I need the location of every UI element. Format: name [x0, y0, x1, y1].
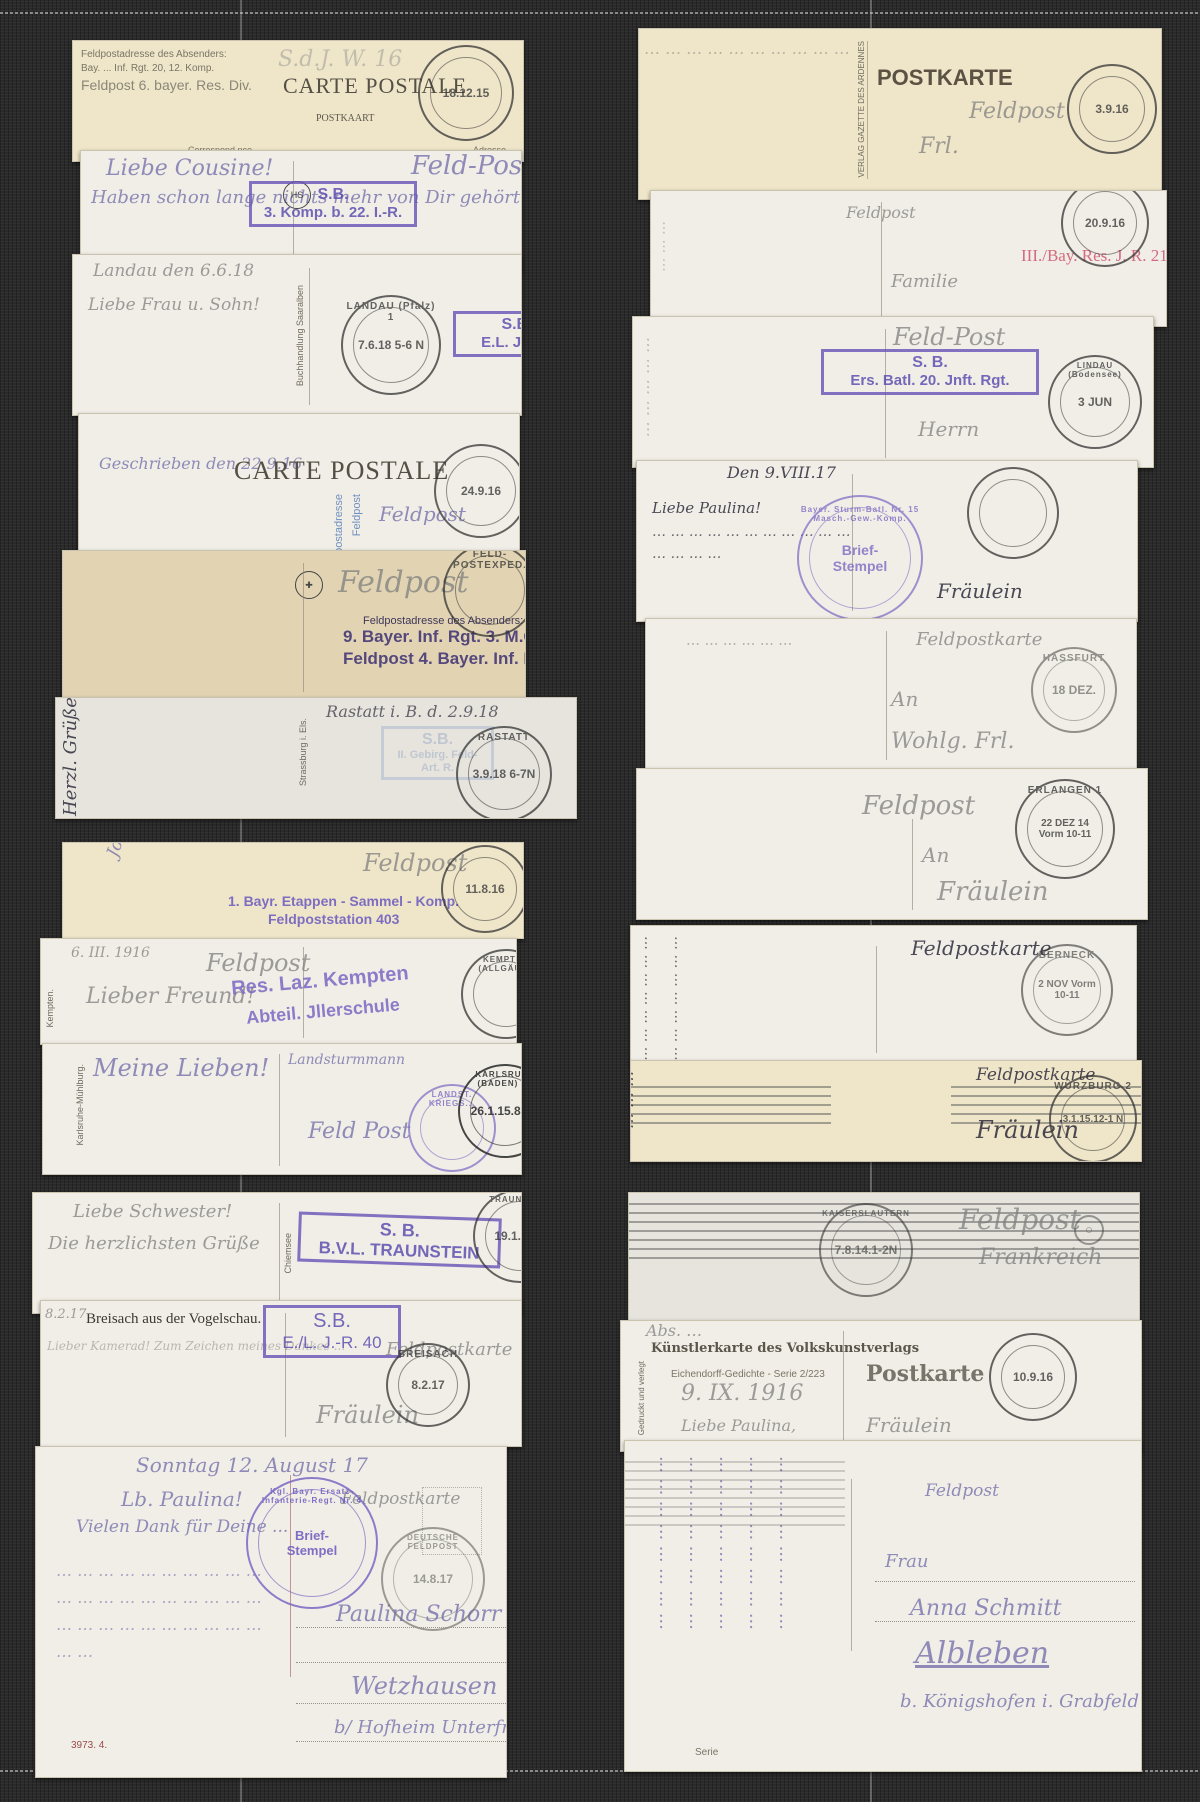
date-line: Den 9.VIII.17: [727, 463, 836, 482]
date-line: 9. IX. 1916: [681, 1381, 803, 1406]
addressee: Fräulein: [937, 877, 1048, 907]
regiment-circle-stamp: Kgl. Bayr. Ersatz-Infanterie-Regt. Nr. 4…: [246, 1477, 378, 1609]
addressee-town: Albleben: [915, 1636, 1049, 1671]
sender-line: Abs. …: [646, 1321, 702, 1340]
postcard-r3: … … … … … Feld-Post S. B. Ers. Batl. 20.…: [632, 316, 1154, 468]
greeting: Lieber Freund!: [86, 984, 255, 1009]
card-title: CARTE POSTALE: [234, 456, 449, 486]
embossed-stamp-icon: [1074, 1215, 1104, 1245]
publisher-imprint: Karlsruhe-Mühlburg.: [75, 1064, 85, 1146]
addressee-title: Frl.: [919, 134, 959, 159]
postmark-traunstein: TRAUNSTEIN19.1.16 V: [473, 1192, 522, 1283]
feldpost-note: Feld Post: [308, 1119, 410, 1144]
album-strip: [0, 12, 1200, 14]
handwriting-body: Die herzlichsten Grüße: [48, 1233, 260, 1254]
card-divider: [886, 631, 887, 760]
battalion-circle-stamp: Bayer. Sturm-Batl. Nr. 15 Masch.-Gew.-Ko…: [797, 495, 923, 621]
sb-stamp: S.B. 3. Komp. b. 22. I.-R.: [249, 181, 417, 227]
card-title: Breisach aus der Vogelschau.: [86, 1311, 261, 1328]
date-line: Landau den 6.6.18: [93, 261, 254, 281]
sender-line: Rastatt i. B. d. 2.9.18: [326, 702, 499, 721]
feldpost-note: Feld-Post: [893, 323, 1005, 351]
card-subtitle: POSTKAART: [316, 113, 374, 124]
handwriting-body-more: … … … … … … … … … … … … … … … … … … … … …: [56, 1557, 276, 1665]
handwriting-inverted: … … … … … …: [686, 639, 792, 655]
unit-stamp-line2: Feldpost 4. Bayer. Inf. Div.: [343, 649, 526, 669]
greeting: Liebe Paulina,: [681, 1416, 796, 1435]
postcard-l10: Liebe Schwester! Die herzlichsten Grüße …: [32, 1192, 522, 1314]
postcard-r7: … … … … … … … … … … … … … … Feldpostkart…: [630, 925, 1137, 1062]
postmark: 3.9.16: [1067, 64, 1157, 154]
sender-line: Landsturmmann: [288, 1052, 405, 1068]
greeting: Liebe Frau u. Sohn!: [88, 295, 260, 315]
publisher-imprint: VERLAG GAZETTE DES ARDENNES: [857, 41, 866, 177]
sb-stamp: S. B. Ers. Batl. 20. Jnft. Rgt.: [821, 349, 1039, 395]
publisher-series: Künstlerkarte des Volkskunstverlags: [651, 1341, 919, 1356]
handwriting-body: … … … … … … … … … …: [644, 39, 850, 58]
card-number: 3973. 4.: [71, 1740, 107, 1751]
machine-cancel-lines: [625, 1461, 845, 1531]
feldpost-division: Feldpost 6. bayer. Res. Div.: [81, 77, 252, 93]
address-line: [296, 1627, 506, 1629]
card-divider: [843, 1331, 844, 1443]
postmark-kempten: KEMPTEN (ALLGÄU) 2: [461, 949, 517, 1039]
publisher-imprint: Strassburg i. Els.: [298, 718, 308, 786]
unit-stamp-line1: 1. Bayr. Etappen - Sammel - Komp.: [228, 893, 459, 910]
postmark: 24.9.16: [434, 444, 520, 538]
card-divider: [876, 946, 877, 1053]
feld-post-note: Feld-Post: [411, 151, 522, 181]
greeting: Lb. Paulina!: [121, 1487, 243, 1511]
printer-imprint: Gedruckt und verlegt: [637, 1361, 646, 1435]
address-line: [875, 1581, 1135, 1583]
postcard-r11: … … … … … … … … … … … … … … … … … … … … …: [624, 1440, 1142, 1772]
address-line: [296, 1662, 506, 1664]
series-label: Eichendorff-Gedichte - Serie 2/223: [671, 1369, 825, 1380]
postcard-l8: Kempten. 6. III. 1916 Feldpost Lieber Fr…: [40, 938, 517, 1045]
postcard-r2: Feldpost … … … III./Bay. Res. J. R. 21 F…: [650, 190, 1167, 327]
greeting: Liebe Paulina!: [652, 499, 761, 517]
greeting: Liebe Cousine!: [106, 156, 273, 181]
feldpost-note: Feldpost: [959, 1203, 1081, 1236]
album-page: Feldpostadresse des Absenders: Bay. ... …: [0, 0, 1200, 1802]
postmark-breisach: BREISACH8.2.17: [386, 1343, 470, 1427]
postcard-l3: Landau den 6.6.18 Liebe Frau u. Sohn! Bu…: [72, 254, 522, 416]
unit-stamp-line2: Feldpoststation 403: [268, 911, 399, 928]
postcard-l9: Karlsruhe-Mühlburg. Meine Lieben! Landst…: [42, 1043, 522, 1175]
addressee-name: Paulina Schorr: [336, 1602, 501, 1627]
address-line: [296, 1741, 506, 1743]
postmark-lindau: LINDAU (Bodensee)3 JUN: [1048, 355, 1142, 449]
machine-cancel-lines: [631, 1086, 831, 1126]
postcard-r1: VERLAG GAZETTE DES ARDENNES POSTKARTE … …: [638, 28, 1162, 200]
feldpost-note: Feldpost: [969, 99, 1065, 124]
publisher-imprint: Chiemsee: [283, 1233, 293, 1274]
postcard-r4: Den 9.VIII.17 Liebe Paulina! … … … … … ……: [636, 460, 1138, 622]
postcard-r9: KAISERSLAUTERN7.8.14.1-2N Feldpost Frank…: [628, 1192, 1140, 1324]
handwriting-vertical: … … …: [659, 221, 675, 272]
handwriting-vertical: … … … … …: [643, 337, 662, 437]
addressee: Fräulein: [937, 579, 1023, 603]
postmark: [967, 467, 1059, 559]
publisher-imprint: Buchhandlung Saaralben: [295, 285, 305, 386]
postmark-rastatt: RASTATT3.9.18 6-7N: [456, 726, 552, 819]
postcard-l1: Feldpostadresse des Absenders: Bay. ... …: [72, 40, 524, 162]
feldpost-note: Feldpostkarte: [916, 629, 1042, 650]
addressee: Wohlg. Frl.: [891, 729, 1014, 754]
handwriting-vertical: … … … … … … …: [671, 936, 687, 1056]
sender-label: Feldpostadresse des Absenders:: [81, 49, 227, 60]
card-divider: [303, 563, 304, 692]
sb-stamp: S.B. E.L. J.R. 4: [453, 311, 522, 357]
postmark-wurzburg: WÜRZBURG 23.1.15.12-1 N: [1049, 1075, 1137, 1162]
addressee: Familie: [891, 271, 958, 292]
postmark-hassfurt: HASSFURT18 DEZ.: [1031, 647, 1117, 733]
handwriting-vertical: … … … … … … …: [641, 936, 657, 1056]
postcard-l4: Geschrieben den 22.9.16 CARTE POSTALE Fe…: [78, 413, 520, 567]
card-divider: [912, 819, 913, 910]
feldpost-label: Feldpost: [351, 494, 363, 536]
address-line: [296, 1703, 506, 1705]
postcard-r5: … … … … … … Feldpostkarte An Wohlg. Frl.…: [645, 618, 1137, 770]
postmark-erlangen: ERLANGEN 122 DEZ 14 Vorm 10-11: [1015, 779, 1115, 879]
card-divider: [309, 268, 310, 406]
sb-stamp: S.B. E./L. J.-R. 40: [263, 1305, 401, 1358]
postmark-berneck: BERNECK2 NOV Vorm 10-11: [1021, 944, 1113, 1036]
addressee-district: b/ Hofheim Unterfranken: [334, 1717, 507, 1738]
card-divider: [279, 1054, 280, 1166]
postmark: 18.12.15: [418, 45, 514, 141]
postmark: 11.8.16: [441, 845, 524, 933]
addressee-title: Frau: [885, 1551, 928, 1572]
sender-unit: Bay. ... Inf. Rgt. 20, 12. Komp.: [81, 63, 214, 74]
postcard-l11: Breisach aus der Vogelschau. 8.2.17 Lieb…: [40, 1300, 522, 1447]
date-line: 8.2.17: [45, 1307, 86, 1322]
postmark-kaiserslautern: KAISERSLAUTERN7.8.14.1-2N: [819, 1203, 913, 1297]
addressee-prefix: An: [922, 843, 949, 867]
card-divider: [867, 41, 868, 179]
postcard-r8: … … … Feldpostkarte Fräulein WÜRZBURG 23…: [630, 1060, 1142, 1162]
addressee-prefix: An: [891, 687, 918, 711]
publisher-imprint: Kempten.: [45, 989, 55, 1028]
addressee-town: Wetzhausen: [351, 1672, 497, 1700]
postcard-l7: Joh. I. ... Feldpost 1. Bayr. Etappen - …: [62, 842, 524, 939]
handwriting: S.d.J. W. 16: [278, 47, 402, 72]
postmark-landau: LANDAU (Pfalz) 17.6.18 5-6 N: [341, 295, 441, 395]
addressee-name: Anna Schmitt: [910, 1596, 1061, 1621]
greeting: Meine Lieben!: [93, 1054, 269, 1082]
addressee: Fräulein: [866, 1413, 952, 1437]
card-title: POSTKARTE: [877, 65, 1013, 91]
card-divider: [279, 1203, 280, 1306]
destination: Frankreich: [979, 1245, 1102, 1270]
feldpost-note: Feldpost: [862, 791, 975, 821]
postcard-r10: Künstlerkarte des Volkskunstverlags Eich…: [620, 1320, 1142, 1452]
publisher-logo-icon: ✚: [295, 571, 323, 599]
date-line: Sonntag 12. August 17: [136, 1453, 368, 1477]
address-line: [875, 1621, 1135, 1623]
postcard-r6: Feldpost An Fräulein ERLANGEN 122 DEZ 14…: [636, 768, 1148, 920]
card-divider: [881, 202, 882, 318]
postcard-l12: Sonntag 12. August 17 Lb. Paulina! Viele…: [35, 1446, 507, 1778]
postmark: 10.9.16: [989, 1333, 1077, 1421]
handwriting-vertical: Joh. I. ...: [103, 842, 147, 860]
feldpost-note: Feldpost: [925, 1481, 999, 1501]
handwriting-vertical: Herzl. Grüße Dein ...: [60, 706, 81, 816]
postcard-l5: ✚ Feldpost Feldpostadresse des Absenders…: [62, 550, 526, 702]
sb-stamp: S. B. B.V.L. TRAUNSTEIN: [297, 1211, 502, 1268]
addressee-district: b. Königshofen i. Grabfeld: [900, 1691, 1139, 1712]
greeting: Liebe Schwester!: [73, 1201, 232, 1222]
card-title: Postkarte: [866, 1361, 984, 1387]
card-divider: [851, 1479, 852, 1651]
date-line: 6. III. 1916: [71, 945, 150, 961]
postcard-l6: Herzl. Grüße Dein ... Strassburg i. Els.…: [55, 697, 577, 819]
addressee: Herrn: [918, 417, 979, 441]
hospital-stamp-line2: Abteil. Jllerschule: [245, 994, 400, 1029]
series-label: Serie: [695, 1747, 718, 1758]
handwriting-rotated: … … …: [630, 1071, 646, 1129]
